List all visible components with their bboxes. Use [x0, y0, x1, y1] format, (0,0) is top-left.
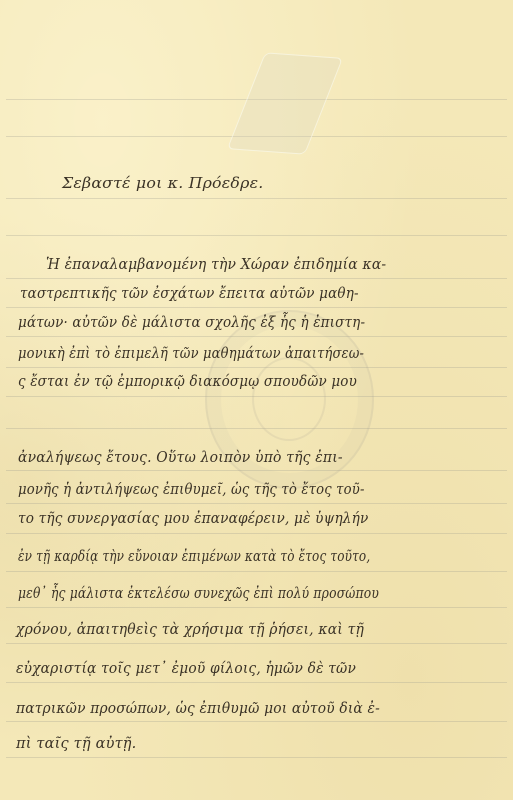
letter-line: μονικὴ ἐπὶ τὸ ἐπιμελῆ τῶν μαθημάτων ἀπαι… [18, 345, 364, 363]
letter-line: χρόνου, ἀπαιτηθεὶς τὰ χρήσιμα τῇ ῥήσει, … [16, 621, 364, 639]
letter-handwriting: Σεβαστέ μοι κ. Πρόεδρε. Ἡ ἐπαναλαμβανομέ… [0, 0, 513, 800]
letter-line: ταστρεπτικῆς τῶν ἐσχάτων ἔπειτα αὐτῶν μα… [20, 285, 359, 303]
letter-line: μεθ᾽ ἧς μάλιστα ἐκτελέσω συνεχῶς ἐπὶ πολ… [18, 585, 379, 603]
letter-line: πατρικῶν προσώπων, ὡς ἐπιθυμῶ μοι αὐτοῦ … [16, 700, 380, 718]
letter-page: Σεβαστέ μοι κ. Πρόεδρε. Ἡ ἐπαναλαμβανομέ… [0, 0, 513, 800]
letter-line: πὶ ταῖς τῇ αὐτῇ. [16, 735, 137, 753]
letter-salutation: Σεβαστέ μοι κ. Πρόεδρε. [62, 174, 263, 192]
letter-line: μονῆς ἡ ἀντιλήψεως ἐπιθυμεῖ, ὡς τῆς τὸ ἔ… [18, 481, 365, 499]
letter-line: το τῆς συνεργασίας μου ἐπαναφέρειν, μὲ ὑ… [18, 510, 368, 528]
letter-line: εὐχαριστίᾳ τοῖς μετ᾽ ἐμοῦ φίλοις, ἡμῶν δ… [16, 660, 356, 678]
letter-line: ἐν τῇ καρδίᾳ τὴν εὔνοιαν ἐπιμένων κατὰ τ… [18, 548, 370, 566]
letter-line: Ἡ ἐπαναλαμβανομένη τὴν Χώραν ἐπιδημία κα… [46, 256, 386, 274]
letter-line: μάτων· αὐτῶν δὲ μάλιστα σχολῆς ἐξ ἧς ἡ ἐ… [18, 314, 365, 332]
letter-line: ἀναλήψεως ἔτους. Οὕτω λοιπὸν ὑπὸ τῆς ἐπι… [18, 449, 343, 467]
letter-line: ς ἔσται ἐν τῷ ἐμπορικῷ διακόσμῳ σπουδῶν … [18, 373, 357, 391]
